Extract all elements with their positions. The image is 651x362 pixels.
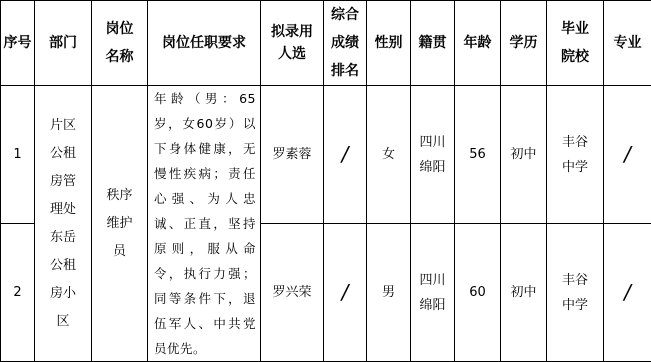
header-no: 序号: [1, 1, 35, 86]
cell-no: 2: [1, 224, 35, 313]
cell-name: 罗素蓉: [261, 86, 324, 224]
cell-gender: 男: [367, 224, 411, 313]
cell-education: 初中: [501, 224, 547, 313]
cell-origin: 四川绵阳: [411, 224, 455, 313]
header-rank: 综合成绩排名: [324, 1, 367, 86]
cell-major: /: [604, 86, 651, 224]
header-candidate: 拟录用人选: [261, 1, 324, 86]
header-origin: 籍贯: [411, 1, 455, 86]
header-position: 岗位名称: [92, 1, 148, 86]
table-row: 1 片区公租房管理处东岳公租房小区 秩序维护员 年龄（男：65岁，女60岁）以下…: [1, 86, 651, 224]
cell-gender: 女: [367, 86, 411, 224]
cell-rank: /: [324, 86, 367, 224]
cell-school: 丰谷中学: [547, 86, 604, 224]
cell-education: 初中: [501, 86, 547, 224]
header-department: 部门: [35, 1, 92, 86]
header-gender: 性别: [367, 1, 411, 86]
cell-rank: /: [324, 224, 367, 313]
cell-major: /: [604, 224, 651, 313]
cell-school: 丰谷中学: [547, 224, 604, 313]
header-age: 年龄: [455, 1, 501, 86]
header-requirements: 岗位任职要求: [148, 1, 261, 86]
recruitment-table: 序号 部门 岗位名称 岗位任职要求 拟录用人选 综合成绩排名 性别 籍贯 年龄 …: [0, 0, 651, 312]
header-school: 毕业院校: [547, 1, 604, 86]
cell-age: 60: [455, 224, 501, 313]
header-row: 序号 部门 岗位名称 岗位任职要求 拟录用人选 综合成绩排名 性别 籍贯 年龄 …: [1, 1, 651, 86]
header-major: 专业: [604, 1, 651, 86]
cell-position: 秩序维护员: [92, 86, 148, 313]
cell-name: 罗兴荣: [261, 224, 324, 313]
cell-origin: 四川绵阳: [411, 86, 455, 224]
cell-age: 56: [455, 86, 501, 224]
cell-no: 1: [1, 86, 35, 224]
header-education: 学历: [501, 1, 547, 86]
cell-department: 片区公租房管理处东岳公租房小区: [35, 86, 92, 313]
cell-requirements: 年龄（男：65岁，女60岁）以下身体健康，无慢性疾病；责任心强、为人忠诚、正直，…: [148, 86, 261, 313]
